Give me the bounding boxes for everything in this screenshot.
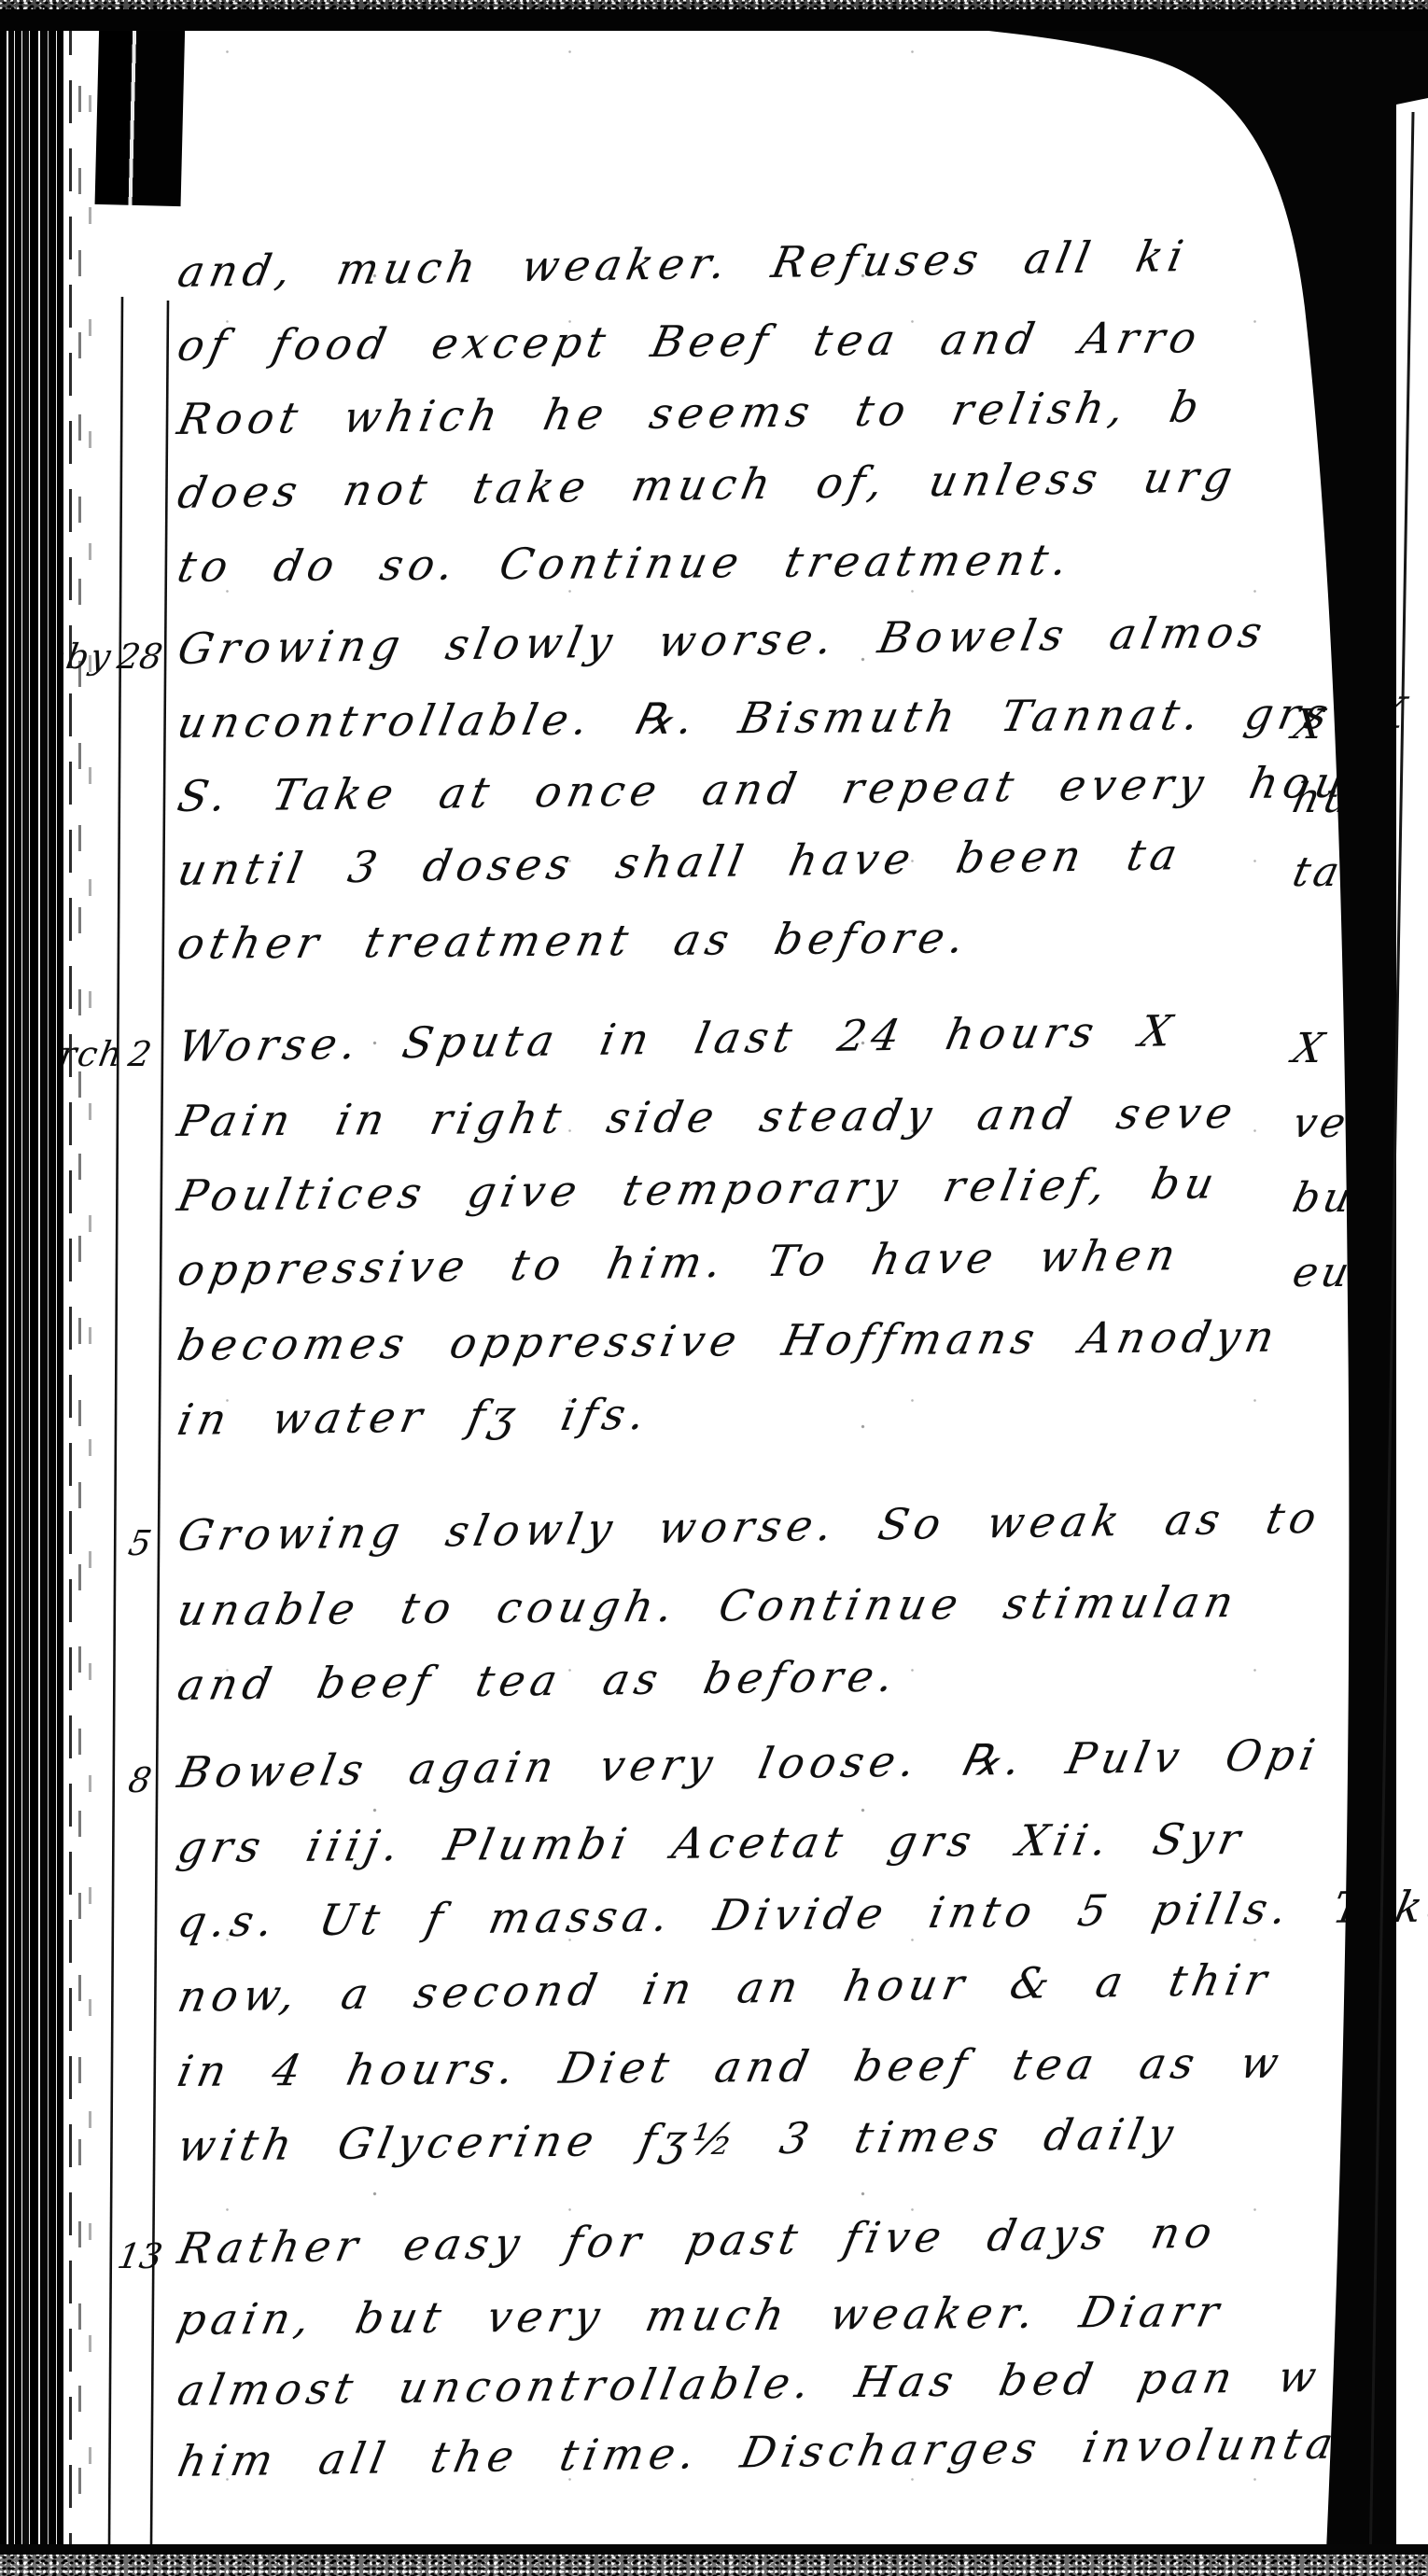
scan-black-line-bottom — [0, 2544, 1428, 2555]
page-gutter-shadow — [0, 0, 1428, 2576]
scan-noise-bottom — [0, 2555, 1428, 2576]
scanned-page: 2 and, much weaker. Refuses all kiof foo… — [0, 0, 1428, 2576]
scan-black-band-top — [0, 9, 1428, 31]
